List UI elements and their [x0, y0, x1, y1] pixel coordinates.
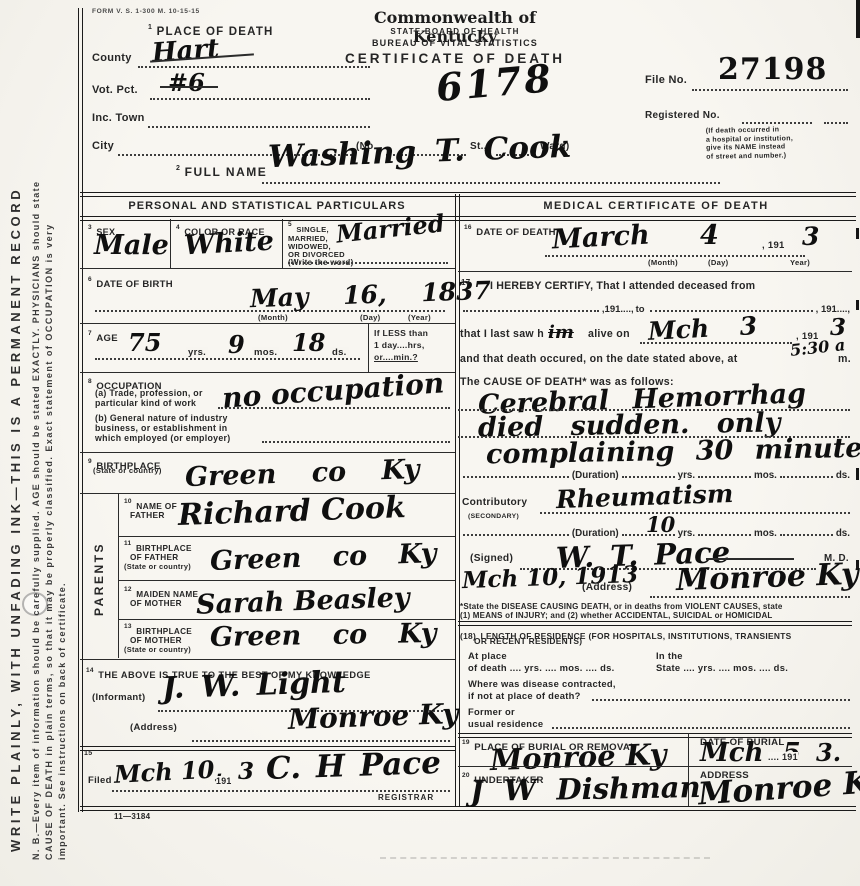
vot-pct-strike: [160, 86, 218, 88]
marital-leader: [288, 262, 448, 264]
county-label: County: [92, 52, 132, 64]
cause-line3: complaining 30 minutes: [486, 433, 860, 471]
file-no-label: File No.: [645, 74, 687, 86]
age-yrs-unit: yrs.: [186, 347, 208, 358]
full-name-value: Washing T. Cook: [267, 129, 571, 176]
scan-mark: [856, 228, 859, 239]
occupation-b-line3: which employed (or employer): [95, 433, 231, 443]
inc-town-leader: [148, 126, 370, 128]
dod-year-sublabel: Year): [790, 258, 810, 267]
at-place-line1: At place: [468, 650, 507, 661]
informant-address-leader: [192, 740, 450, 742]
dotted-leader: [780, 476, 833, 478]
color-num: 4: [176, 224, 180, 231]
form-number: FORM V. S. 1-300 M. 10-15-15: [92, 8, 200, 15]
undertaker-num: 20: [462, 772, 470, 779]
full-name-leader: [262, 182, 720, 184]
father-bp-num: 11: [124, 540, 131, 547]
scan-smudge-line: [380, 857, 710, 859]
occupation-b-leader: [262, 441, 450, 443]
registered-no-leader: [742, 122, 812, 124]
place-of-death-num: 1: [148, 24, 152, 31]
occupation-a-line2: particular kind of work: [95, 398, 196, 408]
row-rule: [118, 536, 455, 537]
marital-label-1: SINGLE,: [296, 225, 328, 234]
mother-bp-label-1: BIRTHPLACE: [136, 627, 192, 636]
father-birthplace-value: Green co Ky: [210, 538, 437, 577]
age-less-line1: If LESS than: [374, 328, 428, 338]
duration2-value: 10: [646, 512, 675, 537]
margin-note-permanent-record: WRITE PLAINLY, WITH UNFADING INK—THIS IS…: [8, 187, 23, 852]
dob-label: DATE OF BIRTH: [96, 279, 173, 290]
death-occurred-text: and that death occured, on the date stat…: [460, 353, 738, 365]
dod-day-sublabel: (Day): [708, 258, 729, 267]
duration2-label: (Duration): [572, 528, 619, 539]
parents-label: PARENTS: [92, 542, 106, 616]
date-of-death-field: 16 DATE OF DEATH: [464, 222, 556, 240]
dob-year-sublabel: (Year): [408, 313, 431, 322]
form-left-border: [78, 8, 83, 812]
filed-year-hw: 3: [238, 758, 254, 785]
row-rule: [458, 766, 852, 767]
attest-num: 14: [86, 667, 94, 674]
dod-year-hw: 3: [802, 222, 819, 251]
where-contracted-line2: if not at place of death?: [468, 690, 581, 701]
filed-leader: [112, 790, 450, 792]
vot-pct-leader: [150, 98, 370, 100]
mother-birthplace-field: 13 BIRTHPLACE OF MOTHER (State or countr…: [124, 623, 192, 654]
row-rule: [80, 452, 455, 453]
dod-day-value: 4: [700, 220, 719, 251]
row-rule: [80, 323, 455, 324]
certify-text: I HEREBY CERTIFY, That I attended deceas…: [490, 280, 755, 292]
dob-day-sublabel: (Day): [360, 313, 381, 322]
mother-name-value: Sarah Beasley: [196, 582, 411, 620]
death-certificate-scan: WRITE PLAINLY, WITH UNFADING INK—THIS IS…: [0, 0, 860, 886]
dob-num: 6: [88, 276, 92, 283]
where-leader: [592, 699, 850, 701]
sex-value: Male: [94, 230, 169, 261]
medical-section-title: MEDICAL CERTIFICATE OF DEATH: [460, 200, 852, 212]
dotted-leader: [698, 476, 751, 478]
signed-address-label: (Address): [582, 582, 632, 593]
dob-field: 6 DATE OF BIRTH: [88, 274, 173, 292]
registrar-label: REGISTRAR: [378, 793, 434, 802]
footnote-rule: [458, 621, 852, 626]
former-leader: [552, 727, 850, 729]
occupation-num: 8: [88, 378, 92, 385]
former-residence-line2: usual residence: [468, 718, 543, 729]
death-occurred-end: m.: [838, 353, 851, 365]
duration2-mos: mos.: [754, 528, 777, 539]
informant-address-value: Monroe Ky: [287, 697, 458, 736]
father-bp-label-1: BIRTHPLACE: [136, 544, 192, 553]
last-saw-pre: that I last saw h: [460, 328, 544, 340]
former-residence-line1: Former or: [468, 706, 515, 717]
dod-year-printed: , 191: [762, 240, 785, 251]
columns-title-rule: [80, 216, 856, 221]
dod-leader: [545, 255, 805, 257]
dob-month-sublabel: (Month): [258, 313, 288, 322]
color-value: White: [183, 226, 274, 262]
margin-note-nb: N. B.—Every item of information should b…: [31, 181, 41, 860]
state-board-subtitle: STATE BOARD OF HEALTH: [330, 27, 580, 36]
burial-num: 19: [462, 739, 470, 746]
dotted-leader: [622, 476, 675, 478]
scan-edge-strip: [856, 0, 860, 38]
occupation-b-line2: business, or establishment in: [95, 423, 227, 433]
father-num: 10: [124, 498, 132, 505]
registered-no-leader2: [824, 122, 848, 124]
age-years-value: 75: [128, 328, 161, 357]
full-name-num: 2: [176, 165, 180, 172]
signed-address-value: Monroe Ky: [675, 557, 859, 598]
contributory-label: Contributory: [462, 497, 527, 508]
header-bottom-rule: [80, 192, 856, 197]
filed-num: 15: [84, 750, 92, 757]
full-name-heading: 2 FULL NAME: [176, 163, 267, 181]
mother-bp-label-3: (State or country): [124, 646, 192, 655]
duration-mos: mos.: [754, 470, 777, 481]
certificate-number: 6178: [434, 55, 555, 110]
duration-label: (Duration): [572, 470, 619, 481]
personal-section-title: PERSONAL AND STATISTICAL PARTICULARS: [82, 200, 452, 212]
where-contracted-line1: Where was disease contracted,: [468, 678, 616, 689]
last-saw-him-hw: im: [548, 322, 574, 343]
mother-name-field: 12 MAIDEN NAME OF MOTHER: [124, 585, 198, 608]
burial-date-year-printed: .... 191: [768, 752, 798, 762]
residence-label2: OR RECENT RESIDENTS): [474, 636, 582, 646]
footnote-line1: *State the DISEASE CAUSING DEATH, or in …: [460, 602, 783, 611]
in-state-line1: In the: [656, 650, 683, 661]
contributory-value: Rheumatism: [556, 479, 734, 514]
father-name-value: Richard Cook: [177, 490, 406, 533]
burial-date-year-hw: 3.: [816, 738, 841, 767]
from-year-printed: ,191....,: [602, 304, 634, 315]
marital-num: 5: [288, 221, 292, 228]
registrar-signature: C. H Pace: [265, 745, 441, 787]
row-rule: [118, 580, 455, 581]
birthplace-num: 9: [88, 458, 92, 465]
mother-birthplace-value: Green co Ky: [210, 618, 437, 653]
dotted-leader: [463, 476, 569, 478]
margin-note-cause: CAUSE OF DEATH in plain terms, so that i…: [44, 223, 54, 860]
dotted-leader: [463, 534, 569, 536]
filed-year-printed: 191: [216, 776, 232, 786]
vot-pct-value: #6: [168, 68, 205, 97]
mother-num: 12: [124, 586, 132, 593]
parents-cell-divider: [118, 493, 119, 658]
bureau-subtitle: BUREAU OF VITAL STATISTICS: [330, 38, 580, 48]
age-days-value: 18: [292, 328, 325, 357]
dotted-leader: [463, 310, 599, 312]
age-ds-unit: ds.: [330, 347, 349, 358]
duration-ds: ds.: [836, 470, 850, 481]
margin-note-important: important. See instructions on back of c…: [57, 582, 67, 860]
dod-month-value: March: [551, 219, 650, 255]
occupation-b-line1: (b) General nature of industry: [95, 413, 228, 423]
age-field: 7 AGE: [88, 328, 118, 346]
father-birthplace-field: 11 BIRTHPLACE OF FATHER (State or countr…: [124, 540, 192, 571]
dotted-leader: [780, 534, 833, 536]
in-state-line2: State .... yrs. .... mos. .... ds.: [656, 662, 788, 673]
father-label-2: FATHER: [130, 511, 177, 520]
county-value: Hart: [151, 34, 220, 69]
informant-label: (Informant): [92, 692, 145, 703]
scan-mark: [856, 300, 859, 310]
registered-no-label: Registered No.: [645, 110, 720, 121]
duration2-ds: ds.: [836, 528, 850, 539]
sex-num: 3: [88, 224, 92, 231]
row-rule: [458, 271, 852, 272]
birthplace-sublabel: (State or country): [93, 466, 162, 475]
cell-divider: [282, 219, 283, 268]
undertaker-value: J W Dishman: [470, 770, 701, 808]
duration-line-1: (Duration) yrs. mos. ds.: [460, 466, 850, 481]
occupation-a-line1: (a) Trade, profession, or: [95, 388, 203, 398]
mother-label-2: OF MOTHER: [130, 599, 198, 608]
age-less-line2: 1 day....hrs,: [374, 340, 425, 350]
vot-pct-label: Vot. Pct.: [92, 84, 138, 96]
file-no-value: 27198: [718, 52, 827, 87]
father-name-field: 10 NAME OF FATHER: [124, 497, 177, 520]
scan-mark: [856, 468, 859, 480]
file-no-leader: [692, 89, 848, 91]
age-less-line3: or....min.?: [374, 352, 418, 362]
hospital-note: (If death occurred in a hospital or inst…: [706, 126, 794, 162]
city-label: City: [92, 140, 114, 152]
age-subcell-divider: [368, 323, 369, 372]
mother-label-1: MAIDEN NAME: [136, 590, 198, 599]
filed-label: Filed: [88, 775, 112, 786]
mother-bp-num: 13: [124, 623, 132, 630]
filed-date-value: Mch 10,: [113, 754, 223, 789]
certify-num: 17: [461, 278, 471, 287]
age-num: 7: [88, 330, 92, 337]
to-label: to: [636, 304, 645, 315]
last-saw-mid: alive on: [588, 328, 630, 340]
age-mos-unit: mos.: [252, 347, 279, 358]
dod-num: 16: [464, 224, 472, 231]
footnote-line2: (1) MEANS of INJURY; and (2) whether ACC…: [460, 611, 773, 620]
row-rule: [80, 659, 455, 660]
full-name-label: FULL NAME: [185, 165, 268, 179]
signed-label: (Signed): [470, 553, 513, 564]
row-rule: [80, 268, 455, 269]
at-place-line2: of death .... yrs. .... mos. .... ds.: [468, 662, 615, 673]
informant-address-label: (Address): [130, 722, 177, 733]
certify-from-to-line: ,191...., to , 191....,: [460, 300, 850, 315]
father-bp-label-3: (State or country): [124, 563, 192, 572]
age-label: AGE: [96, 333, 118, 344]
informant-value: J. W. Light: [161, 665, 346, 706]
age-months-value: 9: [228, 330, 245, 359]
hospital-note-line4: of street and number.): [706, 152, 793, 162]
dod-month-sublabel: (Month): [648, 258, 678, 267]
contributory-sublabel: (SECONDARY): [468, 513, 519, 520]
birthplace-value: Green co Ky: [185, 454, 420, 493]
cell-divider: [170, 219, 171, 268]
inc-town-label: Inc. Town: [92, 112, 145, 124]
last-saw-date-value: Mch 3: [647, 311, 758, 346]
dod-label: DATE OF DEATH: [476, 227, 556, 238]
form-code: 11—3184: [114, 812, 150, 821]
marital-value: Married: [335, 208, 446, 248]
